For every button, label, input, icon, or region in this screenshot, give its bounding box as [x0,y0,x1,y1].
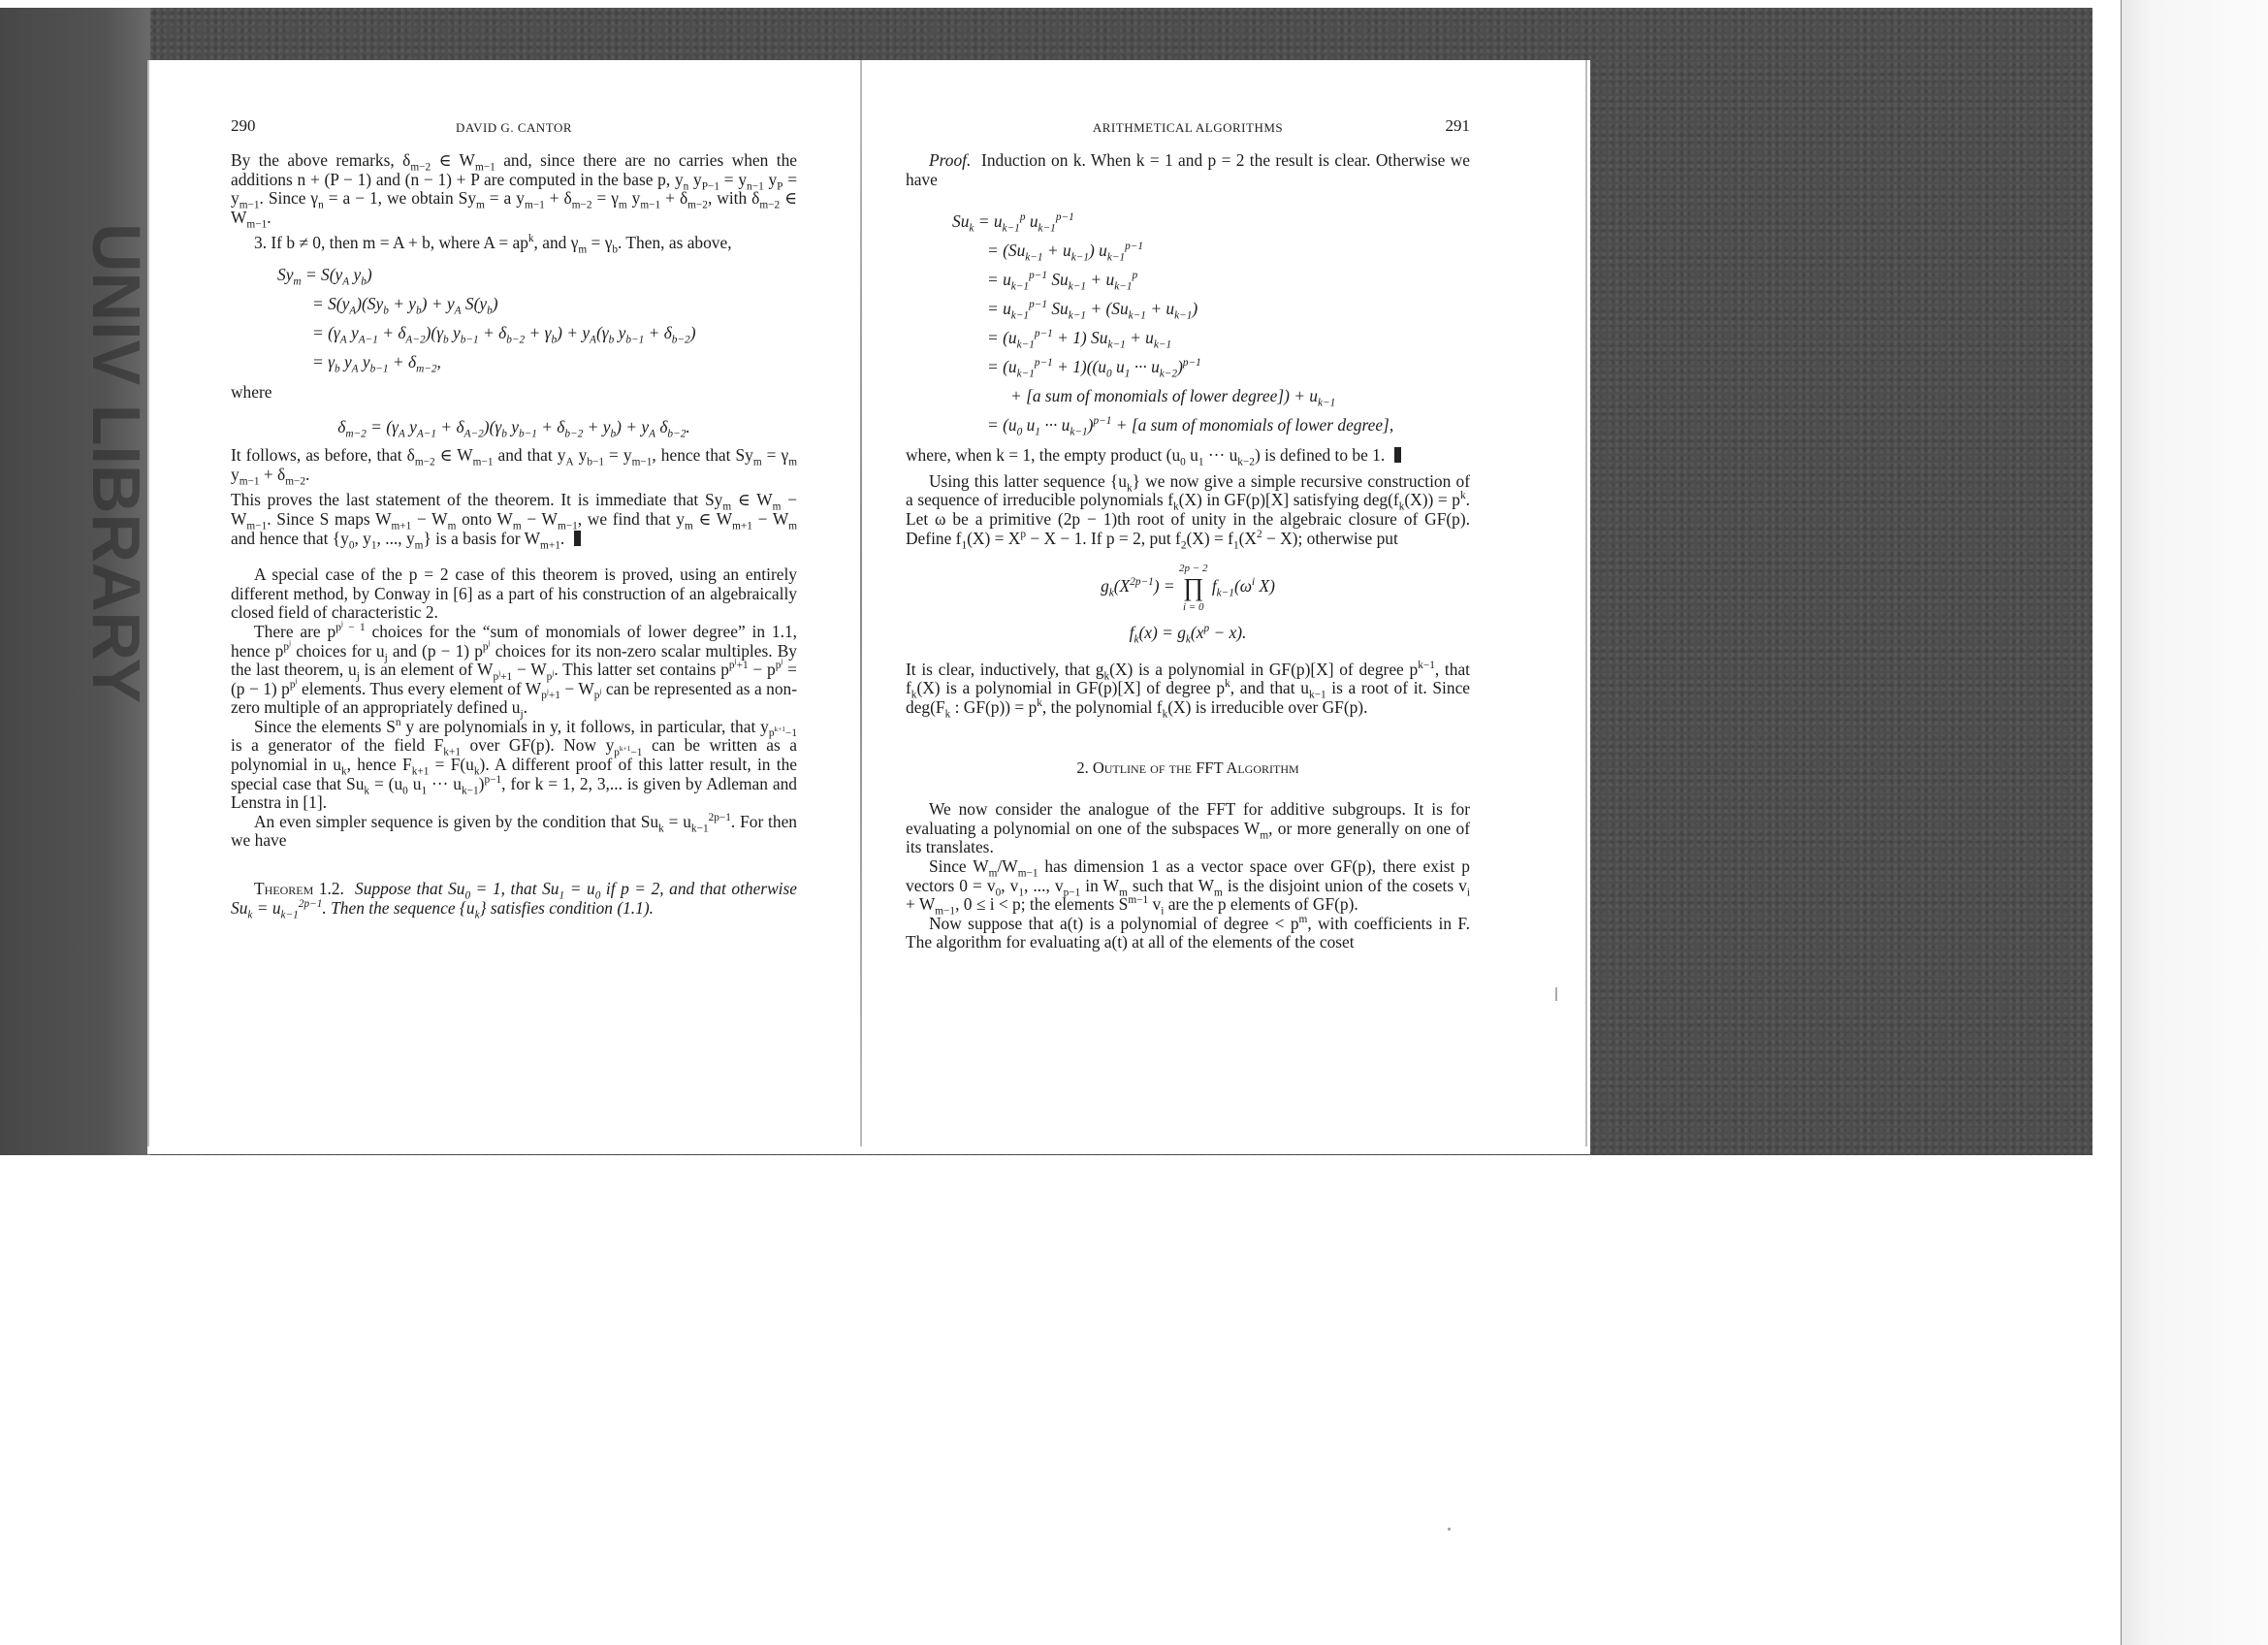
paragraph: Using this latter sequence {uk} we now g… [906,472,1470,548]
scanner-margin [2122,0,2268,1645]
theorem: Theorem 1.2. Suppose that Su0 = 1, that … [231,880,797,918]
section-heading: 2. Outline of the FFT Algorithm [906,758,1470,778]
equation-line: Sym = S(yA yb) [277,260,797,289]
qed-mark-icon [1394,447,1401,463]
running-head: ARITHMETICAL ALGORITHMS 291 [906,116,1470,140]
paragraph: where [231,383,797,403]
product-lower-limit: i = 0 [1179,600,1207,614]
paragraph: It follows, as before, that δm−2 ∈ Wm−1 … [231,446,797,484]
equation-line: = (u0 u1 ··· uk−1)p−1 + [a sum of monomi… [952,410,1470,439]
equation-line: = uk−1p−1 Suk−1 + uk−1p [952,265,1470,294]
page-291: ARITHMETICAL ALGORITHMS 291 Proof. Induc… [906,116,1470,952]
equation-line: = S(yA)(Syb + yb) + yA S(yb) [277,289,797,318]
theorem-label: Theorem 1.2. [254,879,344,898]
equation: δm−2 = (γA yA−1 + δA−2)(γb yb−1 + δb−2 +… [231,418,797,437]
page-number: 291 [1446,116,1471,136]
equation-line: Suk = uk−1p uk−1p−1 [952,207,1470,236]
equation-line: = uk−1p−1 Suk−1 + (Suk−1 + uk−1) [952,294,1470,323]
library-stamp: UNIV LIBRARY [0,223,165,291]
paragraph-text: Induction on k. When k = 1 and p = 2 the… [906,150,1470,189]
paragraph: Since Wm/Wm−1 has dimension 1 as a vecto… [906,857,1470,915]
equation-line: = (Suk−1 + uk−1) uk−1p−1 [952,236,1470,265]
running-head-title: DAVID G. CANTOR [231,118,797,138]
book-gutter [860,60,862,1146]
product-sign-icon: ∏ [1179,575,1207,600]
paragraph: We now consider the analogue of the FFT … [906,800,1470,857]
equation-line: + [a sum of monomials of lower degree]) … [952,381,1470,410]
scan-artifact [1555,987,1557,1001]
equation-rhs: fk−1(ωi X) [1212,576,1275,596]
paragraph: It is clear, inductively, that gk(X) is … [906,661,1470,718]
equation-line: = γb yA yb−1 + δm−2, [277,347,797,376]
page-edge-left [147,60,149,1146]
page-290: 290 DAVID G. CANTOR By the above remarks… [231,116,797,918]
page-edge-right [1585,60,1587,1146]
equation-lhs: gk(X2p−1) = [1101,576,1175,596]
equation-block: Sym = S(yA yb) = S(yA)(Syb + yb) + yA S(… [277,260,797,376]
paragraph: By the above remarks, δm−2 ∈ Wm−1 and, s… [231,151,797,227]
equation-line: = (uk−1p−1 + 1) Suk−1 + uk−1 [952,323,1470,352]
product-equation: gk(X2p−1) = 2p − 2 ∏ i = 0 fk−1(ωi X) [906,562,1470,614]
paragraph: Since the elements Sn y are polynomials … [231,718,797,813]
paragraph: Now suppose that a(t) is a polynomial of… [906,915,1470,952]
paragraph: There are ppj − 1 choices for the “sum o… [231,623,797,718]
paragraph: This proves the last statement of the th… [231,491,797,548]
paragraph-text: where, when k = 1, the empty product (u0… [906,445,1385,465]
equation-line: = (γA yA−1 + δA−2)(γb yb−1 + δb−2 + γb) … [277,318,797,347]
running-head: 290 DAVID G. CANTOR [231,116,797,140]
proof-label: Proof. [929,150,971,170]
scan-artifact [1448,1528,1451,1531]
equation-line: = (uk−1p−1 + 1)((u0 u1 ··· uk−2)p−1 [952,352,1470,381]
equation-block: Suk = uk−1p uk−1p−1 = (Suk−1 + uk−1) uk−… [952,207,1470,439]
paragraph: An even simpler sequence is given by the… [231,813,797,851]
paragraph: 3. If b ≠ 0, then m = A + b, where A = a… [231,234,797,253]
equation: fk(x) = gk(xp − x). [906,624,1470,643]
running-head-title: ARITHMETICAL ALGORITHMS [906,118,1470,138]
qed-mark-icon [574,531,581,546]
paragraph: where, when k = 1, the empty product (u0… [906,446,1470,466]
paragraph: A special case of the p = 2 case of this… [231,565,797,623]
paragraph-text: This proves the last statement of the th… [231,490,797,547]
paragraph: Proof. Induction on k. When k = 1 and p … [906,151,1470,189]
product-symbol: 2p − 2 ∏ i = 0 [1179,562,1207,614]
